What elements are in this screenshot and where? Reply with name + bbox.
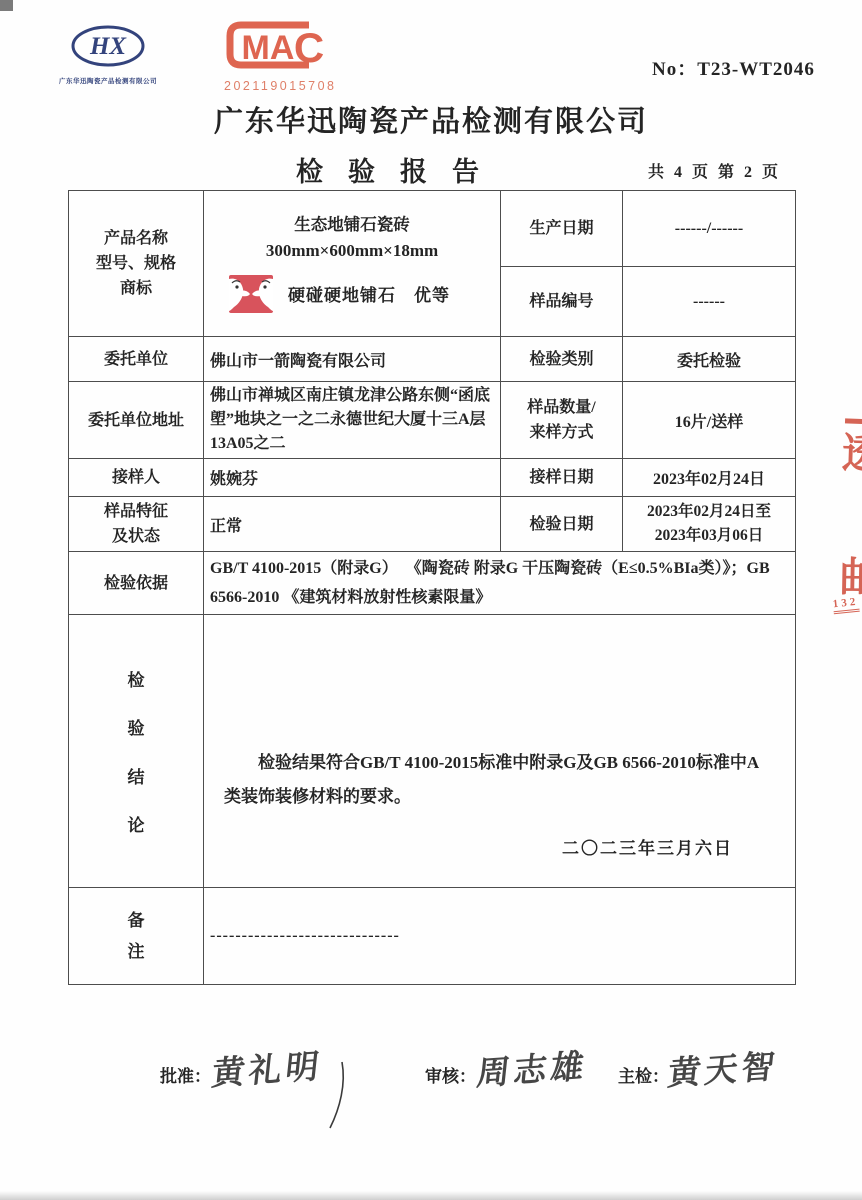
inspection-date-line2: 2023年03月06日 xyxy=(655,527,764,544)
cell-client-address-value: 佛山市禅城区南庄镇龙津公路东侧“函底塱”地块之一之二永德世纪大厦十三A层13A0… xyxy=(204,382,501,459)
company-title: 广东华迅陶瓷产品检测有限公司 xyxy=(0,99,862,140)
product-name: 生态地铺石瓷砖 xyxy=(210,211,494,235)
conclusion-char-2: 验 xyxy=(128,714,145,739)
cell-production-date-value: ------/------ xyxy=(623,191,796,267)
cell-remark-label: 备 注 xyxy=(69,888,204,985)
cma-certificate-number: 202119015708 xyxy=(224,79,324,93)
cell-inspection-date-label: 检验日期 xyxy=(501,497,623,552)
report-number: No：T23-WT2046 xyxy=(652,54,815,81)
cell-product-content: 生态地铺石瓷砖 300mm×600mm×18mm 硬碰硬地铺石 优等 xyxy=(204,191,501,337)
cell-sample-qty-value: 16片/送样 xyxy=(623,382,796,459)
report-number-label: No： xyxy=(652,59,697,80)
scan-bottom-edge-artifact xyxy=(0,1191,862,1200)
product-label-line1: 产品名称 xyxy=(104,230,168,247)
cell-remark-value: ------------------------------ xyxy=(204,888,796,985)
report-title: 检验报告 xyxy=(296,150,504,189)
approve-signature-stroke xyxy=(318,1060,348,1130)
cell-sample-state-value: 正常 xyxy=(204,497,501,552)
cell-sample-no-label: 样品编号 xyxy=(501,267,623,337)
cell-receive-date-value: 2023年02月24日 xyxy=(623,459,796,497)
product-label-line2: 型号、规格 xyxy=(96,255,176,272)
cell-inspection-type-value: 委托检验 xyxy=(623,337,796,382)
cell-receive-date-label: 接样日期 xyxy=(501,459,623,497)
review-signature: 周志雄 xyxy=(475,1040,591,1095)
scan-corner-artifact xyxy=(0,0,13,11)
conclusion-label-chars: 检 验 结 论 xyxy=(69,643,203,859)
cell-basis-value: GB/T 4100-2015（附录G） 《陶瓷砖 附录G 干压陶瓷砖（E≤0.5… xyxy=(204,552,796,615)
sample-qty-label-line1: 样品数量/ xyxy=(527,399,595,416)
cell-receiver-label: 接样人 xyxy=(69,459,204,497)
conclusion-char-1: 检 xyxy=(128,666,145,691)
hx-logo-company-name: 广东华迅陶瓷产品检测有限公司 xyxy=(58,76,158,85)
cell-client-label: 委托单位 xyxy=(69,337,204,382)
cell-product-label: 产品名称 型号、规格 商标 xyxy=(69,191,204,337)
cell-sample-qty-label: 样品数量/ 来样方式 xyxy=(501,382,623,459)
inspect-label: 主检： xyxy=(618,1062,669,1087)
svg-text:HX: HX xyxy=(89,33,127,60)
svg-text:MA: MA xyxy=(242,29,295,67)
cell-inspection-type-label: 检验类别 xyxy=(501,337,623,382)
remark-char-1: 备 xyxy=(128,908,145,933)
hx-ellipse-icon: HX xyxy=(70,24,146,68)
cell-client-value: 佛山市一箭陶瓷有限公司 xyxy=(204,337,501,382)
conclusion-date: 二〇二三年三月六日 xyxy=(562,834,733,859)
remark-label-chars: 备 注 xyxy=(75,901,197,971)
cell-inspection-date-value: 2023年02月24日至 2023年03月06日 xyxy=(623,497,796,552)
remark-char-2: 注 xyxy=(128,939,145,964)
report-number-value: T23-WT2046 xyxy=(697,59,815,80)
cell-conclusion-content: 检验结果符合GB/T 4100-2015标准中附录G及GB 6566-2010标… xyxy=(204,615,796,888)
approve-signature: 黄礼明 xyxy=(210,1040,326,1095)
report-table: 产品名称 型号、规格 商标 生态地铺石瓷砖 300mm×600mm×18mm xyxy=(68,190,796,985)
rams-brand-logo-icon xyxy=(228,273,274,315)
cma-mark-icon: MA C xyxy=(225,20,323,72)
svg-text:C: C xyxy=(294,24,323,71)
conclusion-char-3: 结 xyxy=(128,763,145,788)
cell-sample-no-value: ------ xyxy=(623,267,796,337)
brand-row: 硬碰硬地铺石 优等 xyxy=(228,273,494,315)
review-label: 审核： xyxy=(425,1062,476,1087)
cell-basis-label: 检验依据 xyxy=(69,552,204,615)
product-spec: 300mm×600mm×18mm xyxy=(210,241,494,261)
cell-client-address-label: 委托单位地址 xyxy=(69,382,204,459)
signature-row: 批准： 黄礼明 审核： 周志雄 主检： 黄天智 xyxy=(0,1040,862,1130)
conclusion-char-4: 论 xyxy=(128,811,145,836)
product-label-line3: 商标 xyxy=(120,280,152,297)
sample-qty-label-line2: 来样方式 xyxy=(529,424,593,441)
cma-logo: MA C 202119015708 xyxy=(224,20,324,93)
red-seal-fragment-1: 透 xyxy=(841,420,862,481)
cell-sample-state-label: 样品特征 及状态 xyxy=(69,497,204,552)
sample-state-label-line2: 及状态 xyxy=(112,528,160,545)
cell-conclusion-label: 检 验 结 论 xyxy=(69,615,204,888)
cell-production-date-label: 生产日期 xyxy=(501,191,623,267)
page-info: 共 4 页 第 2 页 xyxy=(648,159,781,182)
inspect-signature: 黄天智 xyxy=(666,1040,782,1095)
hx-company-logo: HX 广东华迅陶瓷产品检测有限公司 xyxy=(58,24,158,85)
brand-name: 硬碰硬地铺石 优等 xyxy=(288,281,450,306)
approve-label: 批准： xyxy=(160,1062,211,1087)
conclusion-text: 检验结果符合GB/T 4100-2015标准中附录G及GB 6566-2010标… xyxy=(224,746,761,814)
cell-receiver-value: 姚婉芬 xyxy=(204,459,501,497)
report-page: HX 广东华迅陶瓷产品检测有限公司 MA C 202119015708 No：T… xyxy=(0,0,862,1200)
red-seal-serial: 132 xyxy=(832,596,859,615)
inspection-date-line1: 2023年02月24日至 xyxy=(647,503,771,520)
sample-state-label-line1: 样品特征 xyxy=(104,503,168,520)
